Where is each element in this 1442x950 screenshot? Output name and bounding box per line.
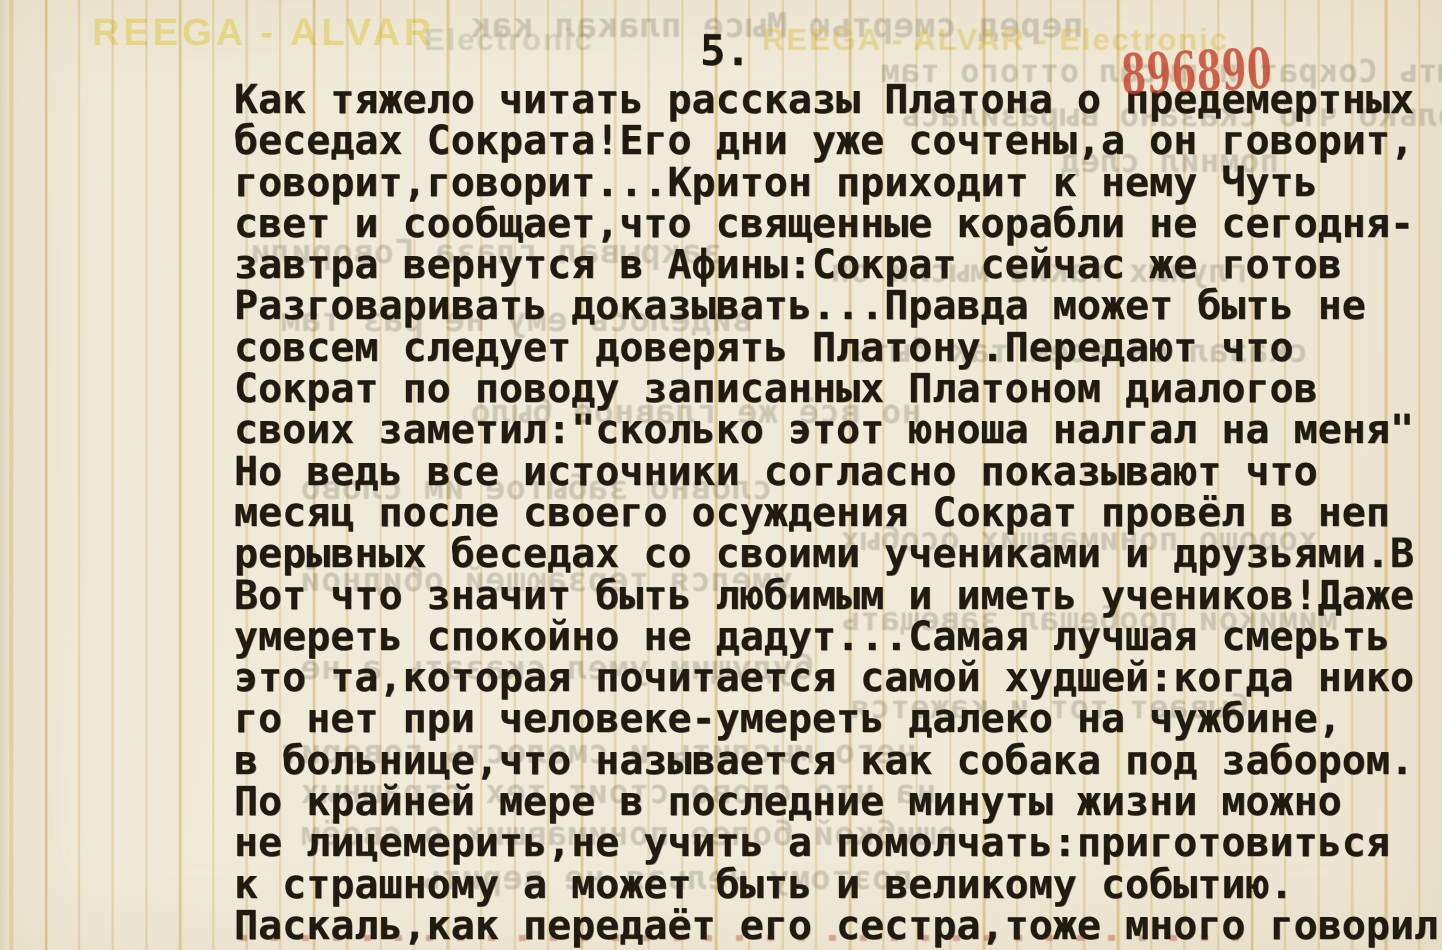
text-line: завтра вернутся в Афины:Сократ сейчас же… [234,245,1438,286]
text-line: месяц после своего осуждения Сократ пров… [234,493,1438,534]
text-line: Паскаль,как передаёт его сестра,тоже мно… [234,906,1438,947]
typed-text: Как тяжело читать рассказы Платона о пре… [234,80,1438,947]
text-line: говорит,говорит...Критон приходит к нему… [234,163,1438,204]
document-page: перед смертью Мысе плакал какбыть Сократ… [0,0,1442,950]
text-line: Вот что значит быть любимым и иметь учен… [234,576,1438,617]
text-line: Но ведь все источники согласно показываю… [234,452,1438,493]
text-line: в больнице,что называется как собака под… [234,741,1438,782]
stamp-number: 896890 [1120,35,1273,107]
text-line: свет и сообщает,что священные корабли не… [234,204,1438,245]
text-line: не лицемерить,не учить а помолчать:приго… [234,823,1438,864]
watermark-left-sub: Electronic [424,22,594,58]
text-line: го нет при человеке-умереть далеко на чу… [234,699,1438,740]
text-line: Разговаривать доказывать...Правда может … [234,286,1438,327]
text-line: умереть спокойно не дадут...Самая лучшая… [234,617,1438,658]
page-number: 5. [700,26,751,75]
bleedthrough-line: перед смертью Мысе плакал как [470,6,1083,46]
text-line: беседах Сократа!Его дни уже сочтены,а он… [234,121,1438,162]
text-line: По крайней мере в последние минуты жизни… [234,782,1438,823]
text-line: это та,которая почитается самой худшей:к… [234,658,1438,699]
watermark-left: REEGA - ALVAR [92,12,435,55]
text-line: своих заметил:"сколько этот юноша налгал… [234,410,1438,451]
text-line: к страшному а может быть и великому собы… [234,865,1438,906]
text-line: Сократ по поводу записанных Платоном диа… [234,369,1438,410]
text-line: совсем следует доверять Платону.Передают… [234,328,1438,369]
text-line: рерывных беседах со своими учениками и д… [234,534,1438,575]
